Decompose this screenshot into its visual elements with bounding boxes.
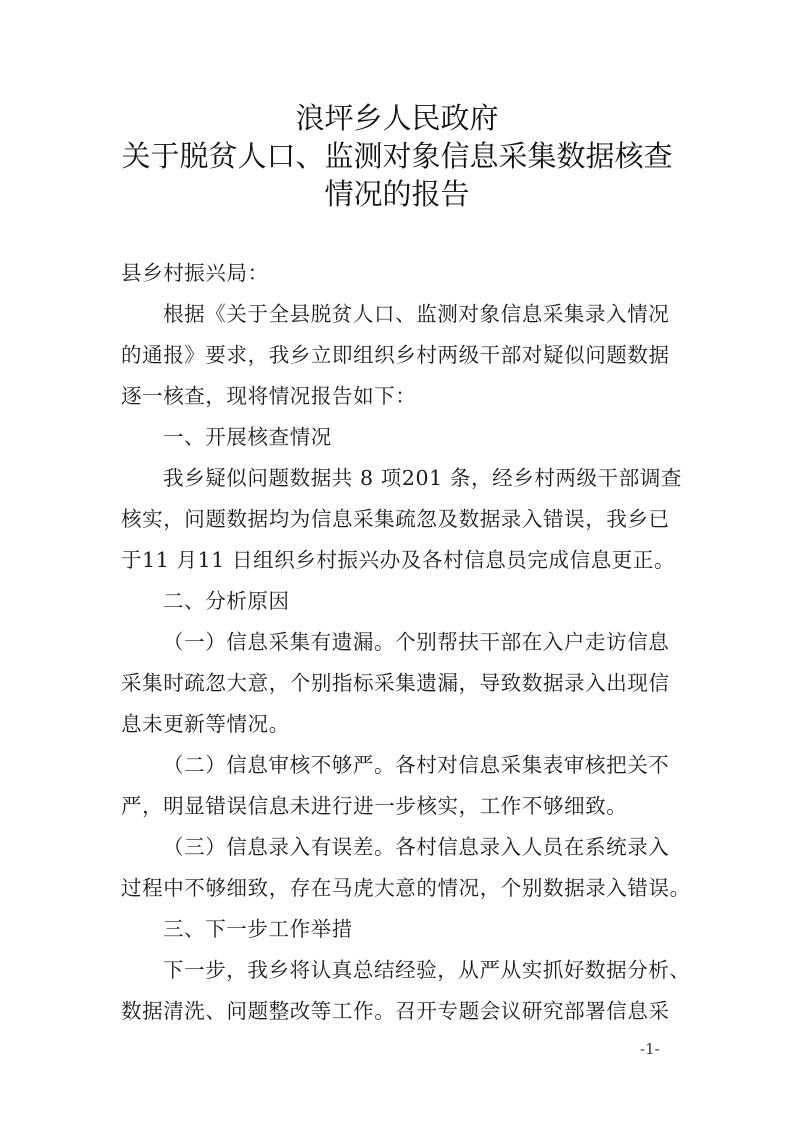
- title-line-2: 关于脱贫人口、监测对象信息采集数据核查: [0, 137, 794, 175]
- paragraph-line: （一）信息采集有遗漏。个别帮扶干部在入户走访信息: [163, 628, 723, 656]
- paragraph-line: 过程中不够细致，存在马虎大意的情况，个别数据录入错误。: [121, 874, 681, 902]
- section-heading-2: 二、分析原因: [163, 587, 723, 615]
- page-number: -1-: [640, 1040, 660, 1058]
- document-page: 浪坪乡人民政府 关于脱贫人口、监测对象信息采集数据核查 情况的报告 县乡村振兴局…: [0, 0, 794, 1122]
- paragraph-line: 采集时疏忽大意，个别指标采集遗漏，导致数据录入出现信: [121, 669, 681, 697]
- paragraph-line: 我乡疑似问题数据共 8 项201 条，经乡村两级干部调查: [163, 464, 723, 492]
- paragraph-line: 根据《关于全县脱贫人口、监测对象信息采集录入情况: [163, 300, 723, 328]
- paragraph-line: 于11 月11 日组织乡村振兴办及各村信息员完成信息更正。: [121, 546, 681, 574]
- paragraph-line: 的通报》要求，我乡立即组织乡村两级干部对疑似问题数据: [121, 341, 681, 369]
- section-heading-3: 三、下一步工作举措: [163, 915, 723, 943]
- paragraph-line: 数据清洗、问题整改等工作。召开专题会议研究部署信息采: [121, 997, 681, 1025]
- paragraph-line: 息未更新等情况。: [121, 710, 681, 738]
- title-line-3: 情况的报告: [0, 175, 794, 213]
- paragraph-line: （二）信息审核不够严。各村对信息采集表审核把关不: [163, 751, 723, 779]
- title-line-1: 浪坪乡人民政府: [0, 99, 794, 137]
- paragraph-line: 核实，问题数据均为信息采集疏忽及数据录入错误，我乡已: [121, 505, 681, 533]
- paragraph-line: 下一步，我乡将认真总结经验，从严从实抓好数据分析、: [163, 956, 723, 984]
- paragraph-line: 逐一核查，现将情况报告如下：: [121, 382, 681, 410]
- paragraph-line: 严，明显错误信息未进行进一步核实，工作不够细致。: [121, 792, 681, 820]
- section-heading-1: 一、开展核查情况: [163, 423, 723, 451]
- recipient: 县乡村振兴局：: [121, 259, 681, 287]
- paragraph-line: （三）信息录入有误差。各村信息录入人员在系统录入: [163, 833, 723, 861]
